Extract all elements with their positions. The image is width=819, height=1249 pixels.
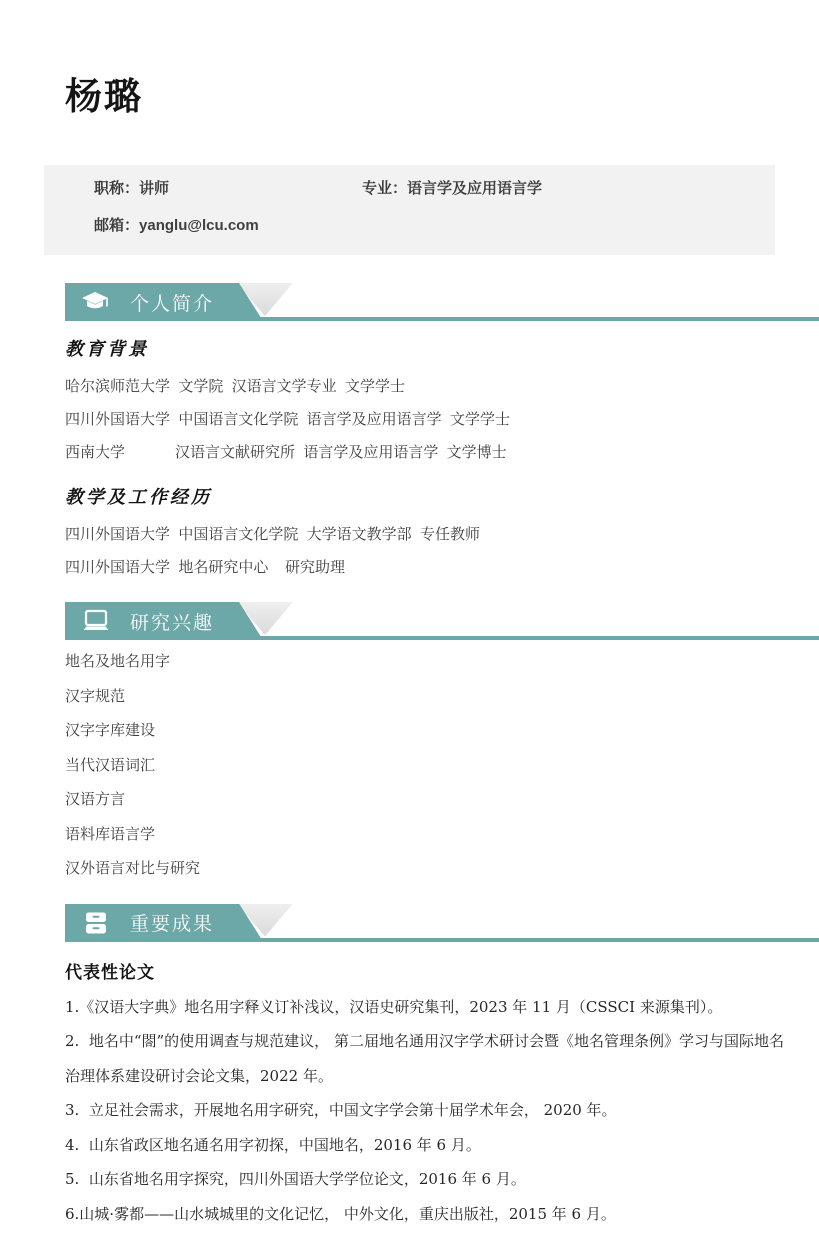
- profile-content: 教育背景 哈尔滨师范大学 文学院 汉语言文学专业 文学学士 四川外国语大学 中国…: [65, 335, 792, 584]
- person-name: 杨璐: [65, 66, 819, 120]
- education-line: 四川外国语大学 中国语言文化学院 语言学及应用语言学 文学学士: [65, 403, 792, 436]
- graduation-cap-icon: [82, 289, 110, 315]
- interest-item: 地名及地名用字: [65, 645, 792, 680]
- banner-flag-profile: 个人简介: [65, 283, 263, 321]
- major-value: 语言学及应用语言学: [407, 180, 542, 197]
- interest-item: 当代汉语词汇: [65, 749, 792, 784]
- work-heading: 教学及工作经历: [65, 483, 792, 509]
- work-list: 四川外国语大学 中国语言文化学院 大学语文教学部 专任教师 四川外国语大学 地名…: [65, 518, 792, 584]
- info-field-title: 职称：讲师: [94, 180, 362, 198]
- info-bar: 职称：讲师 专业：语言学及应用语言学 邮箱：yanglu@lcu.com: [44, 165, 775, 255]
- papers-list: 1.《汉语大字典》地名用字释义订补浅议，汉语史研究集刊，2023 年 11 月（…: [65, 990, 792, 1232]
- education-line: 西南大学 汉语言文献研究所 语言学及应用语言学 文学博士: [65, 436, 792, 469]
- info-field-major: 专业：语言学及应用语言学: [362, 180, 775, 198]
- education-line: 哈尔滨师范大学 文学院 汉语言文学专业 文学学士: [65, 370, 792, 403]
- interest-item: 语料库语言学: [65, 818, 792, 853]
- paper-item: 4. 山东省政区地名通名用字初探，中国地名，2016 年 6 月。: [65, 1128, 792, 1163]
- section-title-profile: 个人简介: [130, 289, 214, 316]
- section-banner-profile: 个人简介: [65, 283, 819, 321]
- education-heading: 教育背景: [65, 335, 792, 361]
- work-line: 四川外国语大学 中国语言文化学院 大学语文教学部 专任教师: [65, 518, 792, 551]
- banner-flag-achievements: 重要成果: [65, 904, 263, 942]
- archive-icon: [82, 910, 110, 936]
- section-banner-achievements: 重要成果: [65, 904, 819, 942]
- major-label: 专业：: [362, 180, 407, 197]
- paper-item: 1.《汉语大字典》地名用字释义订补浅议，汉语史研究集刊，2023 年 11 月（…: [65, 990, 792, 1025]
- title-label: 职称：: [94, 180, 139, 197]
- achievements-content: 代表性论文 1.《汉语大字典》地名用字释义订补浅议，汉语史研究集刊，2023 年…: [65, 958, 792, 1232]
- email-label: 邮箱：: [94, 217, 139, 234]
- interests-list: 地名及地名用字 汉字规范 汉字字库建设 当代汉语词汇 汉语方言 语料库语言学 汉…: [65, 640, 792, 889]
- banner-flag-interests: 研究兴趣: [65, 602, 263, 640]
- paper-item: 2. 地名中“閤”的使用调查与规范建议， 第二届地名通用汉字学术研讨会暨《地名管…: [65, 1024, 792, 1093]
- paper-item: 6.山城·雾都——山水城城里的文化记忆， 中外文化，重庆出版社，2015 年 6…: [65, 1197, 792, 1232]
- section-title-interests: 研究兴趣: [130, 608, 214, 635]
- email-value: yanglu@lcu.com: [139, 217, 259, 234]
- section-banner-interests: 研究兴趣: [65, 602, 819, 640]
- interest-item: 汉字字库建设: [65, 714, 792, 749]
- education-list: 哈尔滨师范大学 文学院 汉语言文学专业 文学学士 四川外国语大学 中国语言文化学…: [65, 370, 792, 469]
- interest-item: 汉外语言对比与研究: [65, 852, 792, 887]
- resume-page: 杨璐 职称：讲师 专业：语言学及应用语言学 邮箱：yanglu@lcu.com …: [0, 0, 819, 1249]
- interest-item: 汉字规范: [65, 680, 792, 715]
- laptop-icon: [82, 608, 110, 634]
- paper-item: 3. 立足社会需求，开展地名用字研究，中国文字学会第十届学术年会， 2020 年…: [65, 1093, 792, 1128]
- paper-item: 5. 山东省地名用字探究，四川外国语大学学位论文，2016 年 6 月。: [65, 1162, 792, 1197]
- work-line: 四川外国语大学 地名研究中心 研究助理: [65, 551, 792, 584]
- interest-item: 汉语方言: [65, 783, 792, 818]
- title-value: 讲师: [139, 180, 169, 197]
- bottom-padding: [0, 1231, 819, 1249]
- papers-heading: 代表性论文: [65, 958, 792, 983]
- section-title-achievements: 重要成果: [130, 909, 214, 936]
- info-field-email: 邮箱：yanglu@lcu.com: [94, 217, 362, 235]
